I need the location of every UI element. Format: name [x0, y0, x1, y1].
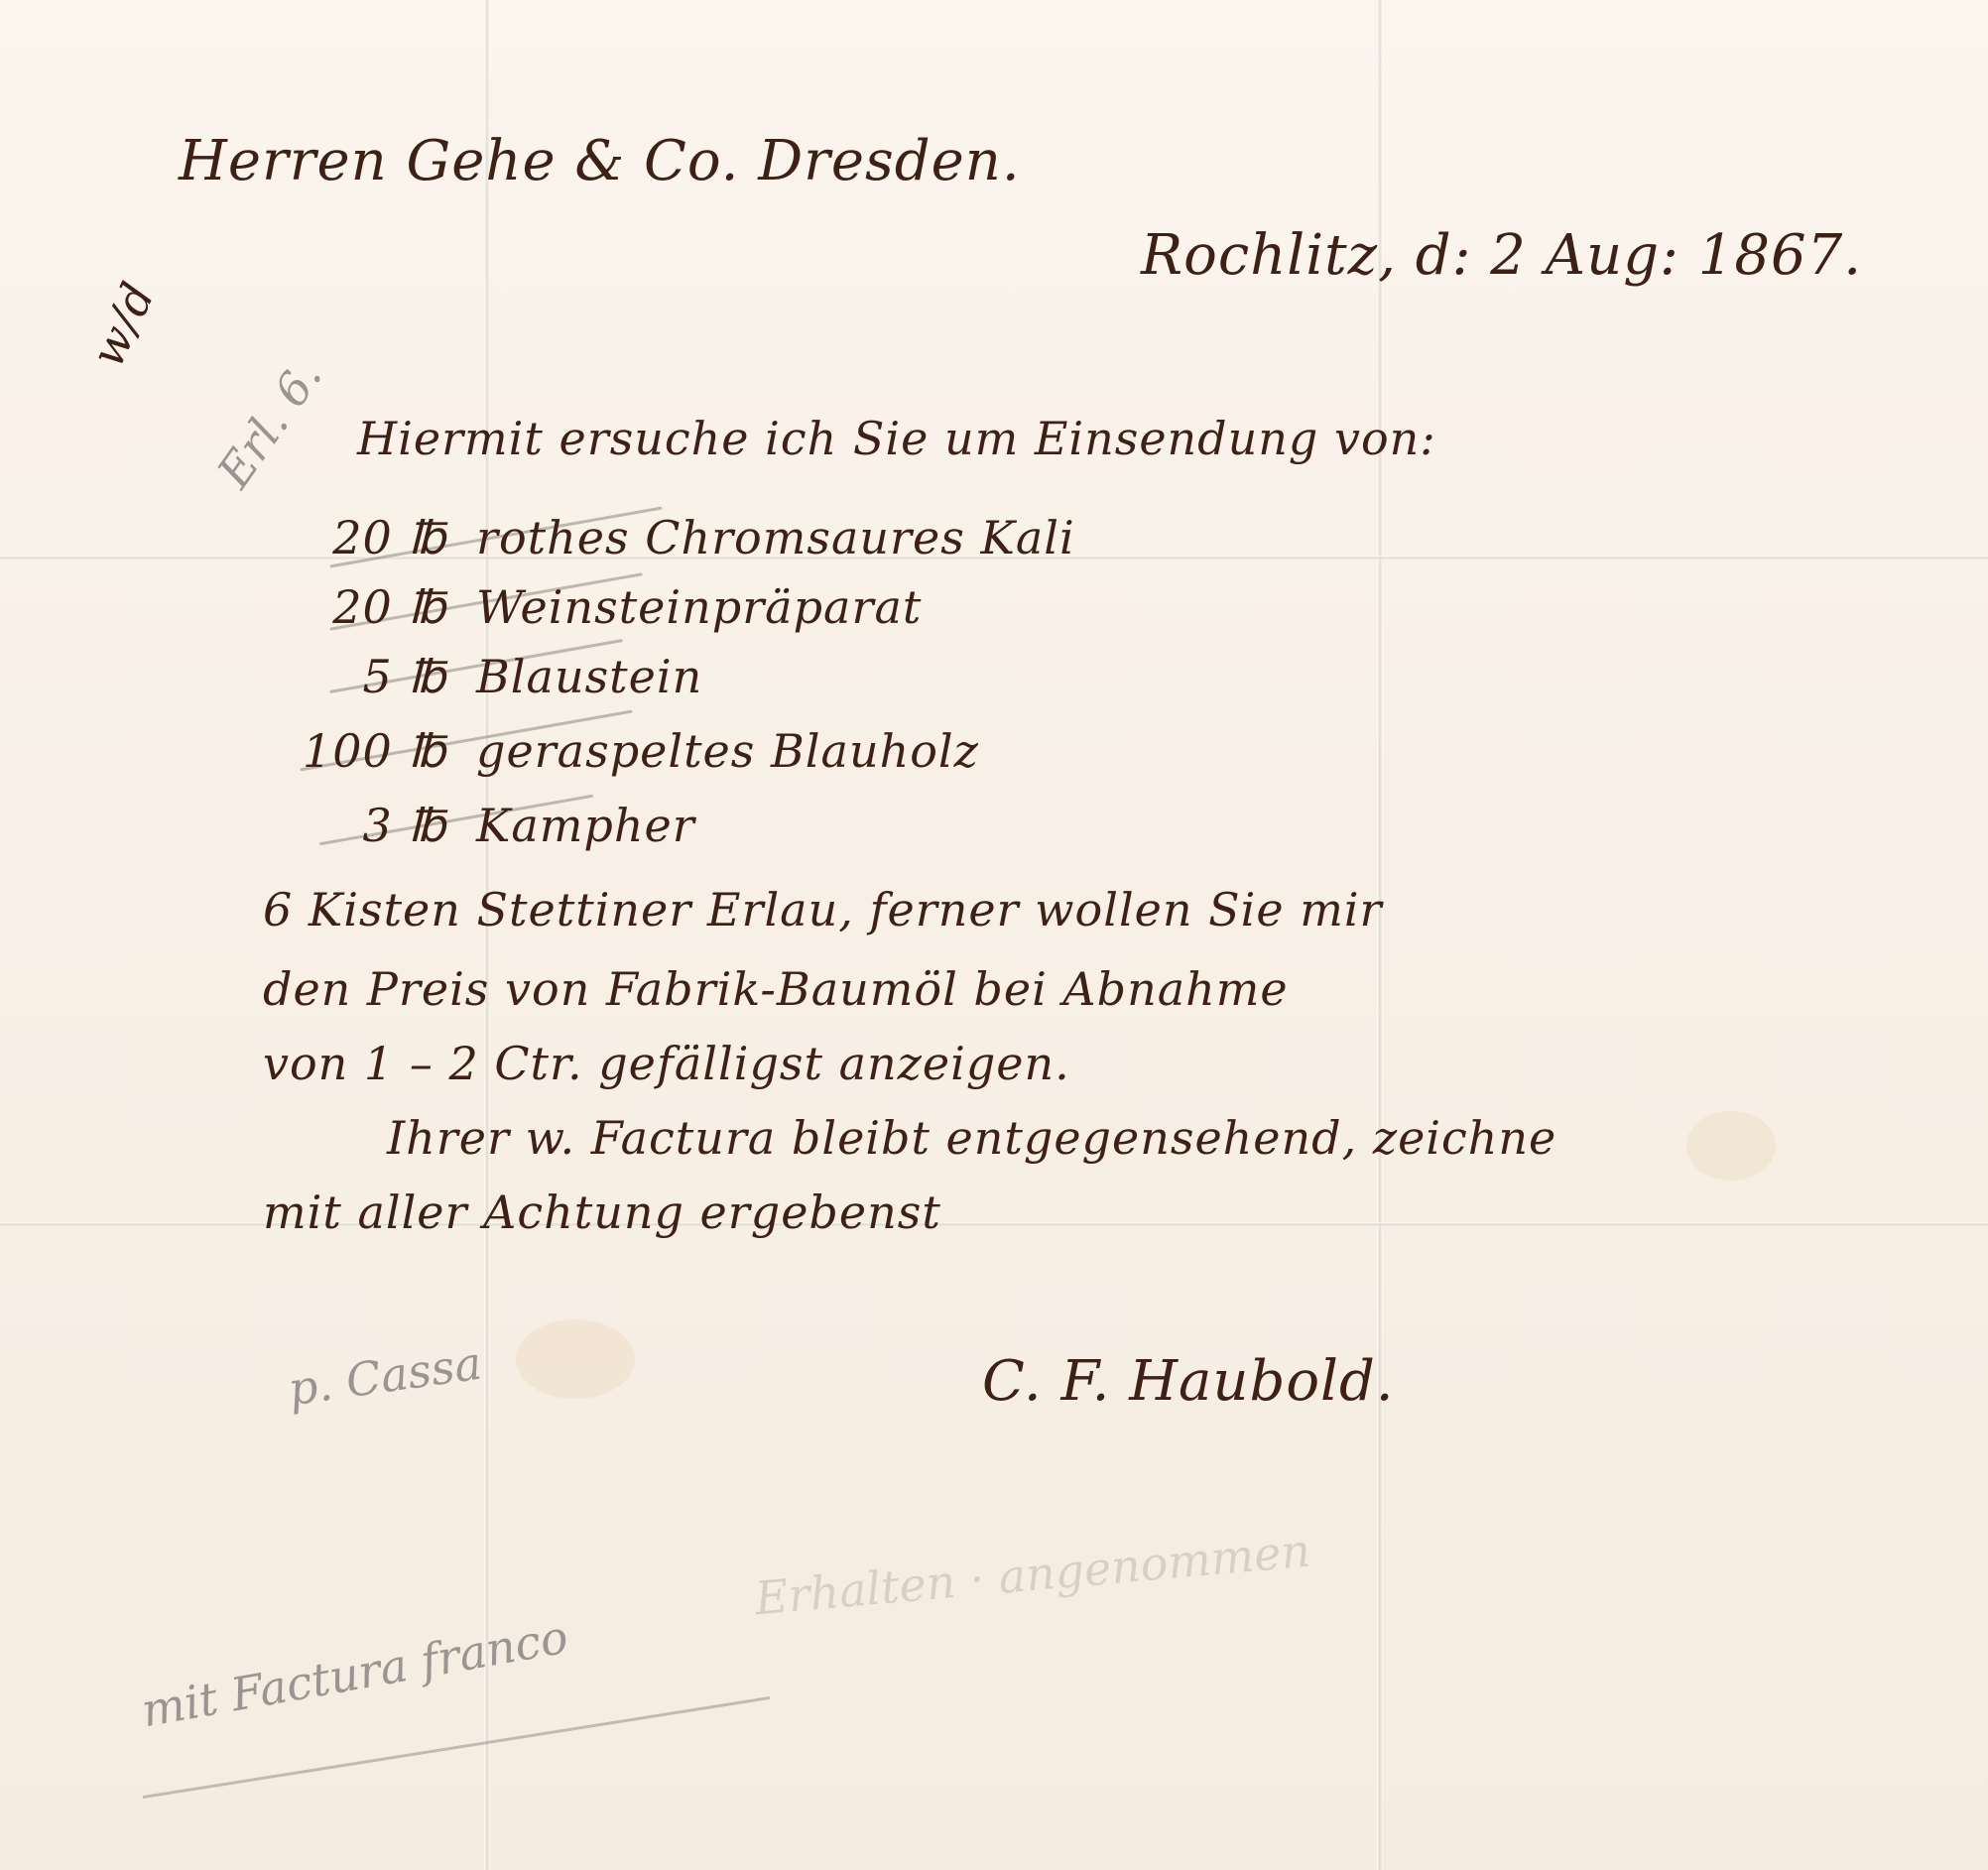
order-name: Blaustein — [476, 650, 702, 703]
order-item: 5 ℔Blaustein — [298, 650, 702, 703]
place-date: Rochlitz, d: 2 Aug: 1867. — [1141, 223, 1862, 288]
body-line: Ihrer w. Factura bleibt entgegensehend, … — [387, 1111, 1556, 1165]
body-line: von 1 – 2 Ctr. gefälligst anzeigen. — [263, 1037, 1070, 1090]
order-name: rothes Chromsaures Kali — [476, 511, 1075, 564]
order-qty: 20 ℔ — [298, 580, 446, 634]
signature: C. F. Haubold. — [982, 1349, 1395, 1414]
order-item: 3 ℔Kampher — [298, 799, 695, 852]
order-item: 100 ℔geraspeltes Blauholz — [298, 724, 979, 778]
body-line: den Preis von Fabrik-Baumöl bei Abnahme — [263, 962, 1289, 1016]
order-name: Kampher — [476, 799, 695, 852]
body-line: mit aller Achtung ergebenst — [263, 1185, 941, 1239]
greeting-line: Hiermit ersuche ich Sie um Einsendung vo… — [357, 412, 1436, 465]
order-name: Weinsteinpräparat — [476, 580, 922, 634]
addressee: Herren Gehe & Co. Dresden. — [179, 129, 1021, 193]
order-qty: 100 ℔ — [298, 724, 446, 778]
paper-stain — [1686, 1111, 1776, 1181]
order-name: geraspeltes Blauholz — [476, 724, 979, 778]
order-qty: 3 ℔ — [298, 799, 446, 852]
paper-stain — [516, 1319, 635, 1399]
order-qty: 5 ℔ — [298, 650, 446, 703]
order-item: 20 ℔Weinsteinpräparat — [298, 580, 922, 634]
order-qty: 20 ℔ — [298, 511, 446, 564]
body-line: 6 Kisten Stettiner Erlau, ferner wollen … — [263, 883, 1383, 936]
order-item: 20 ℔rothes Chromsaures Kali — [298, 511, 1075, 564]
